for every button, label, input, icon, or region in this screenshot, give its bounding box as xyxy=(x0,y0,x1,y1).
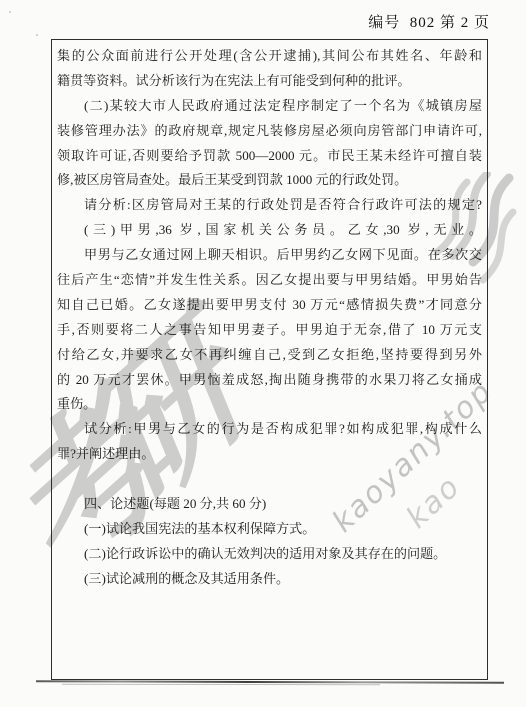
scan-speck xyxy=(9,11,11,13)
text-line: 重伤。 xyxy=(57,392,482,417)
text-line: 的 20 万元才罢休。甲男恼羞成怒,掏出随身携带的水果刀将乙女捅成 xyxy=(57,368,482,393)
text-line: 罪?并阐述理由。 xyxy=(57,442,482,467)
text-line: (一)试论我国宪法的基本权利保障方式。 xyxy=(57,517,482,542)
scan-speck xyxy=(36,34,38,36)
text-line: (二)论行政诉讼中的确认无效判决的适用对象及其存在的问题。 xyxy=(57,542,482,567)
content-box: 集的公众面前进行公开处理(含公开逮捕),其间公布其姓名、年龄和籍贯等资料。试分析… xyxy=(51,39,488,680)
page-number-header: 编号 802 第 2 页 xyxy=(368,13,490,33)
text-line: 甲男与乙女通过网上聊天相识。后甲男约乙女网下见面。在多次交 xyxy=(57,243,482,268)
text-line: 付给乙女,并要求乙女不再纠缠自己,受到乙女拒绝,坚持要得到另外 xyxy=(57,343,482,368)
text-line: 修,被区房管局查处。最后王某受到罚款 1000 元的行政处罚。 xyxy=(57,168,482,193)
scan-artifact-line xyxy=(62,684,380,686)
text-line: 籍贯等资料。试分析该行为在宪法上有可能受到何种的批评。 xyxy=(57,69,482,94)
text-line: 四、论述题(每题 20 分,共 60 分) xyxy=(57,492,482,517)
text-line: (二)某较大市人民政府通过法定程序制定了一个名为《城镇房屋 xyxy=(57,94,482,119)
document-lines: 集的公众面前进行公开处理(含公开逮捕),其间公布其姓名、年龄和籍贯等资料。试分析… xyxy=(57,44,482,592)
text-line: (三)试论减刑的概念及其适用条件。 xyxy=(57,567,482,592)
page: 考研 kaoyany.top kao 编号 802 第 2 页 集的公众面前进行… xyxy=(0,0,526,707)
text-line: 请分析:区房管局对王某的行政处罚是否符合行政许可法的规定? xyxy=(57,193,482,218)
text-line: 装修管理办法》的政府规章,规定凡装修房屋必须向房管部门申请许可, xyxy=(57,119,482,144)
text-line: 往后产生“恋情”并发生性关系。因乙女提出要与甲男结婚。甲男始告 xyxy=(57,268,482,293)
text-line: 试分析:甲男与乙女的行为是否构成犯罪?如构成犯罪,构成什么 xyxy=(57,417,482,442)
text-line: 知自己已婚。乙女遂提出要甲男支付 30 万元“感情损失费”才同意分 xyxy=(57,293,482,318)
text-line: 手,否则要将二人之事告知甲男妻子。甲男迫于无奈,借了 10 万元支 xyxy=(57,318,482,343)
text-line: 集的公众面前进行公开处理(含公开逮捕),其间公布其姓名、年龄和 xyxy=(57,44,482,69)
text-line: (三)甲男,36 岁,国家机关公务员。乙女,30 岁,无业。 xyxy=(57,218,482,243)
text-line: 领取许可证,否则要给予罚款 500—2000 元。市民王某未经许可擅自装 xyxy=(57,144,482,169)
